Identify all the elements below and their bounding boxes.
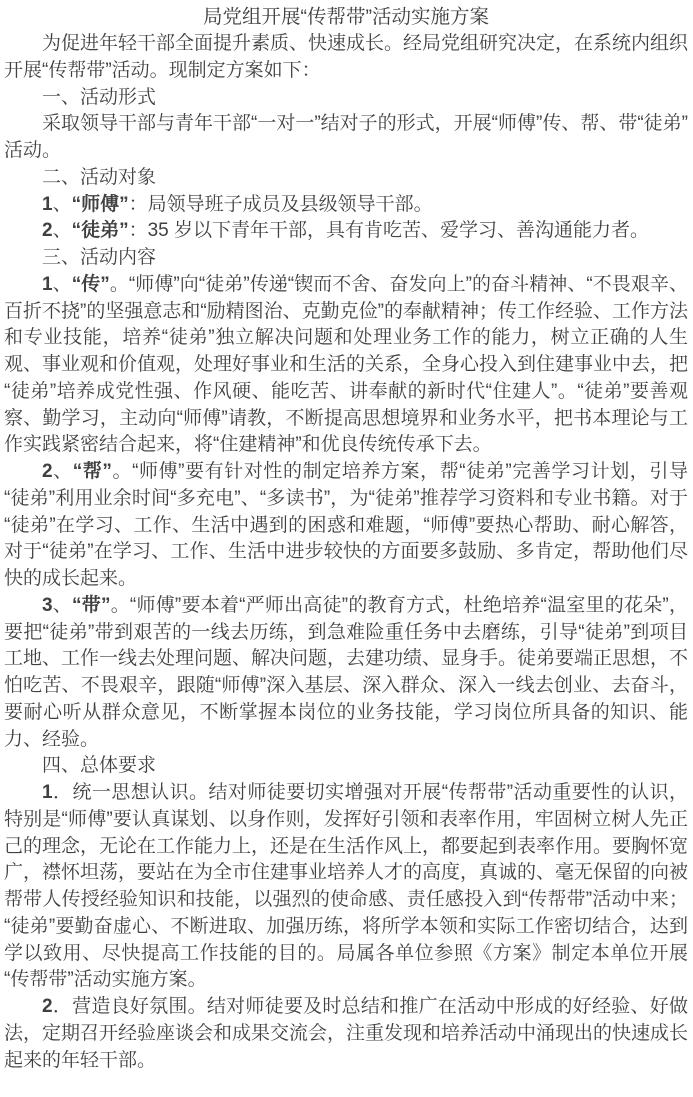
text-segment: 2 — [42, 996, 53, 1017]
text-segment: “徒弟” — [72, 220, 129, 241]
document-title: 局党组开展“传帮带”活动实施方案 — [4, 4, 688, 31]
section-1-heading: 一、活动形式 — [4, 85, 688, 112]
text-segment: 、 — [53, 461, 73, 482]
text-segment: 2 — [42, 220, 53, 241]
section-1-body: 采取领导干部与青年干部“一对一”结对子的形式，开展“师傅”传、帮、带“徒弟”活动… — [4, 111, 688, 165]
document-body: 为促进年轻干部全面提升素质、快速成长。经局党组研究决定，在系统内组织开展“传帮带… — [4, 31, 688, 1074]
section-3-heading: 三、活动内容 — [4, 245, 688, 272]
text-segment: “师傅” — [72, 194, 129, 215]
text-segment: 二、活动对象 — [42, 167, 156, 188]
section-4-item-1: 1．统一思想认识。结对师徒要切实增强对开展“传帮带”活动重要性的认识，特别是“师… — [4, 780, 688, 994]
text-segment: 四、总体要求 — [42, 755, 156, 776]
section-2-item-2: 2、“徒弟”：35 岁以下青年干部，具有肯吃苦、爱学习、善沟通能力者。 — [4, 218, 688, 245]
text-segment: ：35 岁以下青年干部，具有肯吃苦、爱学习、善沟通能力者。 — [129, 220, 649, 241]
text-segment: 、 — [53, 194, 72, 215]
text-segment: 2 — [42, 461, 53, 482]
section-4-item-2: 2．营造良好氛围。结对师徒要及时总结和推广在活动中形成的好经验、好做法，定期召开… — [4, 994, 688, 1074]
text-segment: 3 — [42, 595, 53, 616]
text-segment: “帮” — [73, 461, 112, 482]
text-segment: 1 — [42, 194, 53, 215]
text-segment: 1 — [42, 274, 53, 295]
section-3-item-2: 2、“帮”。“师傅”要有针对性的制定培养方案，帮“徒弟”完善学习计划，引导“徒弟… — [4, 459, 688, 593]
section-2-item-1: 1、“师傅”：局领导班子成员及县级领导干部。 — [4, 192, 688, 219]
text-segment: 三、活动内容 — [42, 247, 156, 268]
text-segment: 。“师傅”向“徒弟”传递“锲而不舍、奋发向上”的奋斗精神、“不畏艰辛、百折不挠”… — [4, 274, 688, 456]
text-segment: ：局领导班子成员及县级领导干部。 — [129, 194, 433, 215]
section-4-heading: 四、总体要求 — [4, 753, 688, 780]
text-segment: 、 — [53, 595, 72, 616]
text-segment: 为促进年轻干部全面提升素质、快速成长。经局党组研究决定，在系统内组织开展“传帮带… — [4, 33, 688, 81]
intro-paragraph: 为促进年轻干部全面提升素质、快速成长。经局党组研究决定，在系统内组织开展“传帮带… — [4, 31, 688, 85]
text-segment: 。“师傅”要本着“严师出高徒”的教育方式，杜绝培养“温室里的花朵”，要把“徒弟”… — [4, 595, 688, 750]
document-page: 局党组开展“传帮带”活动实施方案 为促进年轻干部全面提升素质、快速成长。经局党组… — [0, 0, 693, 1097]
text-segment: 采取领导干部与青年干部“一对一”结对子的形式，开展“师傅”传、帮、带“徒弟”活动… — [4, 113, 688, 161]
section-2-heading: 二、活动对象 — [4, 165, 688, 192]
section-3-item-3: 3、“带”。“师傅”要本着“严师出高徒”的教育方式，杜绝培养“温室里的花朵”，要… — [4, 593, 688, 754]
text-segment: 、 — [53, 274, 72, 295]
text-segment: “带” — [72, 595, 110, 616]
text-segment: ．统一思想认识。结对师徒要切实增强对开展“传帮带”活动重要性的认识，特别是“师傅… — [4, 782, 688, 990]
section-3-item-1: 1、“传”。“师傅”向“徒弟”传递“锲而不舍、奋发向上”的奋斗精神、“不畏艰辛、… — [4, 272, 688, 459]
text-segment: 1 — [42, 782, 53, 803]
text-segment: ．营造良好氛围。结对师徒要及时总结和推广在活动中形成的好经验、好做法，定期召开经… — [4, 996, 688, 1071]
text-segment: “传” — [72, 274, 110, 295]
text-segment: 、 — [53, 220, 72, 241]
text-segment: 一、活动形式 — [42, 87, 156, 108]
